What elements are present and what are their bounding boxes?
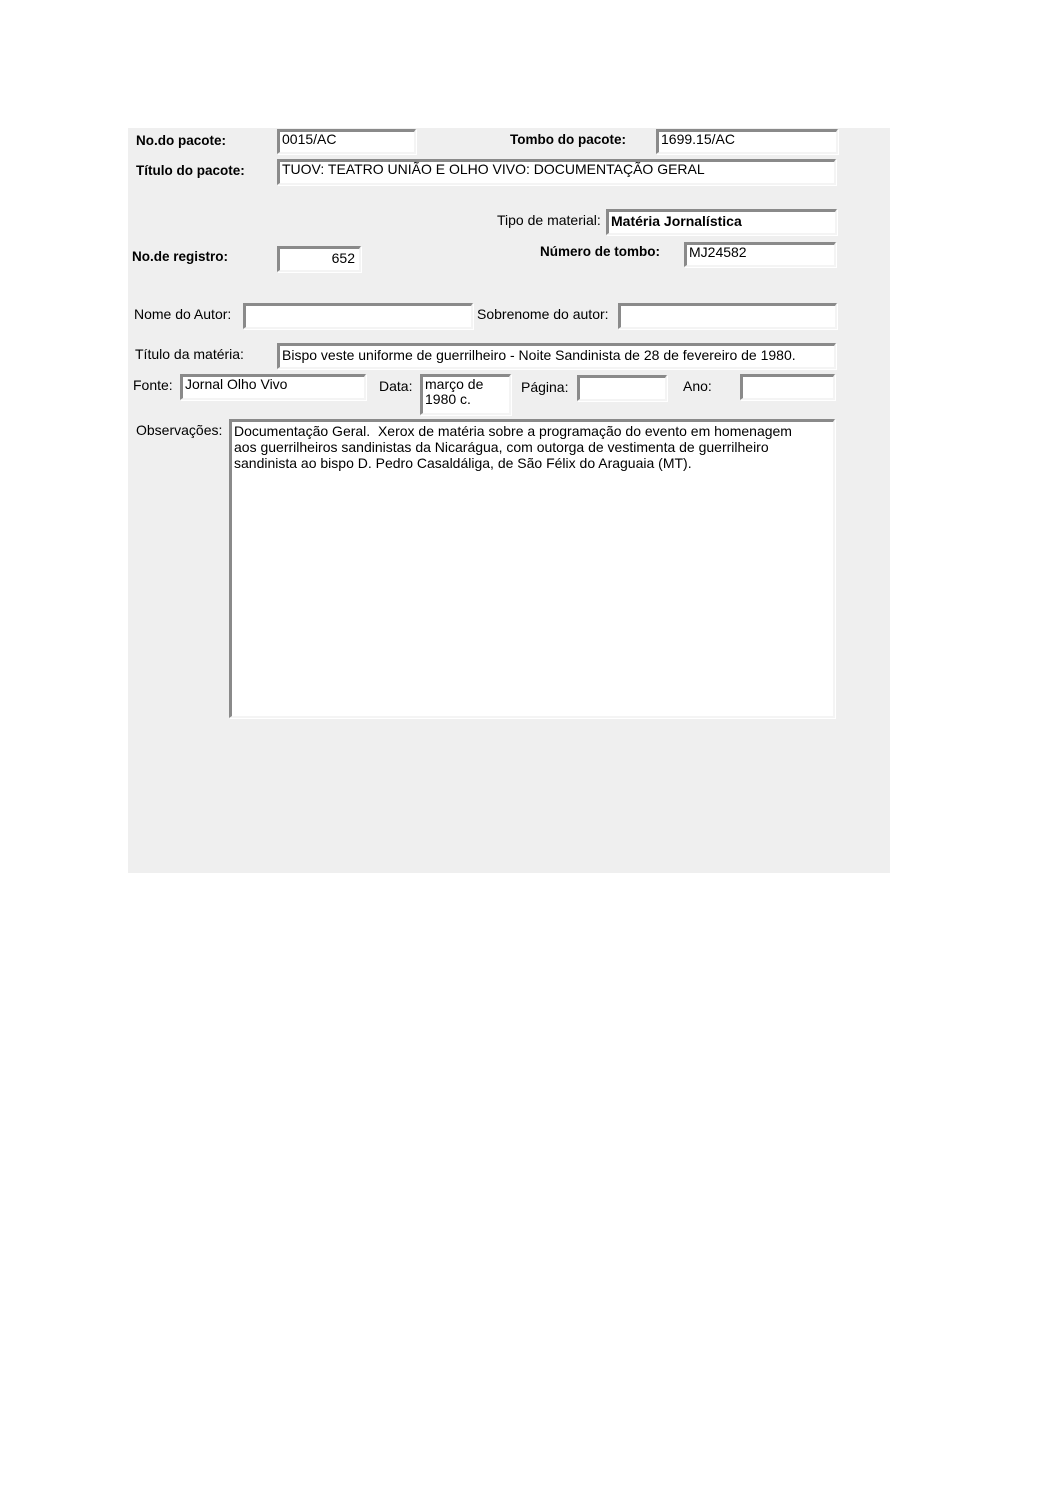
tombo-pacote-field[interactable]: 1699.15/AC bbox=[656, 129, 838, 154]
numero-tombo-field[interactable]: MJ24582 bbox=[684, 242, 836, 267]
observacoes-label: Observações: bbox=[136, 422, 222, 438]
observacoes-textarea[interactable]: Documentação Geral. Xerox de matéria sob… bbox=[229, 419, 835, 718]
data-field[interactable]: março de 1980 c. bbox=[420, 374, 511, 415]
titulo-materia-field[interactable]: Bispo veste uniforme de guerrilheiro - N… bbox=[277, 343, 836, 369]
tombo-pacote-label: Tombo do pacote: bbox=[510, 132, 626, 148]
no-pacote-label: No.do pacote: bbox=[136, 133, 226, 149]
nome-autor-label: Nome do Autor: bbox=[134, 306, 231, 322]
ano-field[interactable] bbox=[740, 374, 835, 400]
no-registro-field[interactable]: 652 bbox=[277, 246, 361, 272]
no-pacote-field[interactable]: 0015/AC bbox=[277, 129, 416, 154]
sobrenome-autor-label: Sobrenome do autor: bbox=[477, 306, 609, 322]
tipo-material-field[interactable]: Matéria Jornalística bbox=[606, 209, 837, 235]
nome-autor-field[interactable] bbox=[243, 303, 473, 329]
no-registro-label: No.de registro: bbox=[132, 249, 228, 265]
ano-label: Ano: bbox=[683, 378, 712, 394]
titulo-pacote-label: Título do pacote: bbox=[136, 163, 245, 179]
tipo-material-label: Tipo de material: bbox=[497, 212, 601, 228]
titulo-pacote-field[interactable]: TUOV: TEATRO UNIÃO E OLHO VIVO: DOCUMENT… bbox=[277, 159, 836, 185]
pagina-label: Página: bbox=[521, 379, 568, 395]
data-label: Data: bbox=[379, 378, 412, 394]
pagina-field[interactable] bbox=[577, 375, 667, 401]
sobrenome-autor-field[interactable] bbox=[618, 303, 837, 329]
titulo-materia-label: Título da matéria: bbox=[135, 346, 244, 362]
numero-tombo-label: Número de tombo: bbox=[540, 244, 660, 260]
fonte-label: Fonte: bbox=[133, 377, 173, 393]
fonte-field[interactable]: Jornal Olho Vivo bbox=[180, 374, 366, 400]
